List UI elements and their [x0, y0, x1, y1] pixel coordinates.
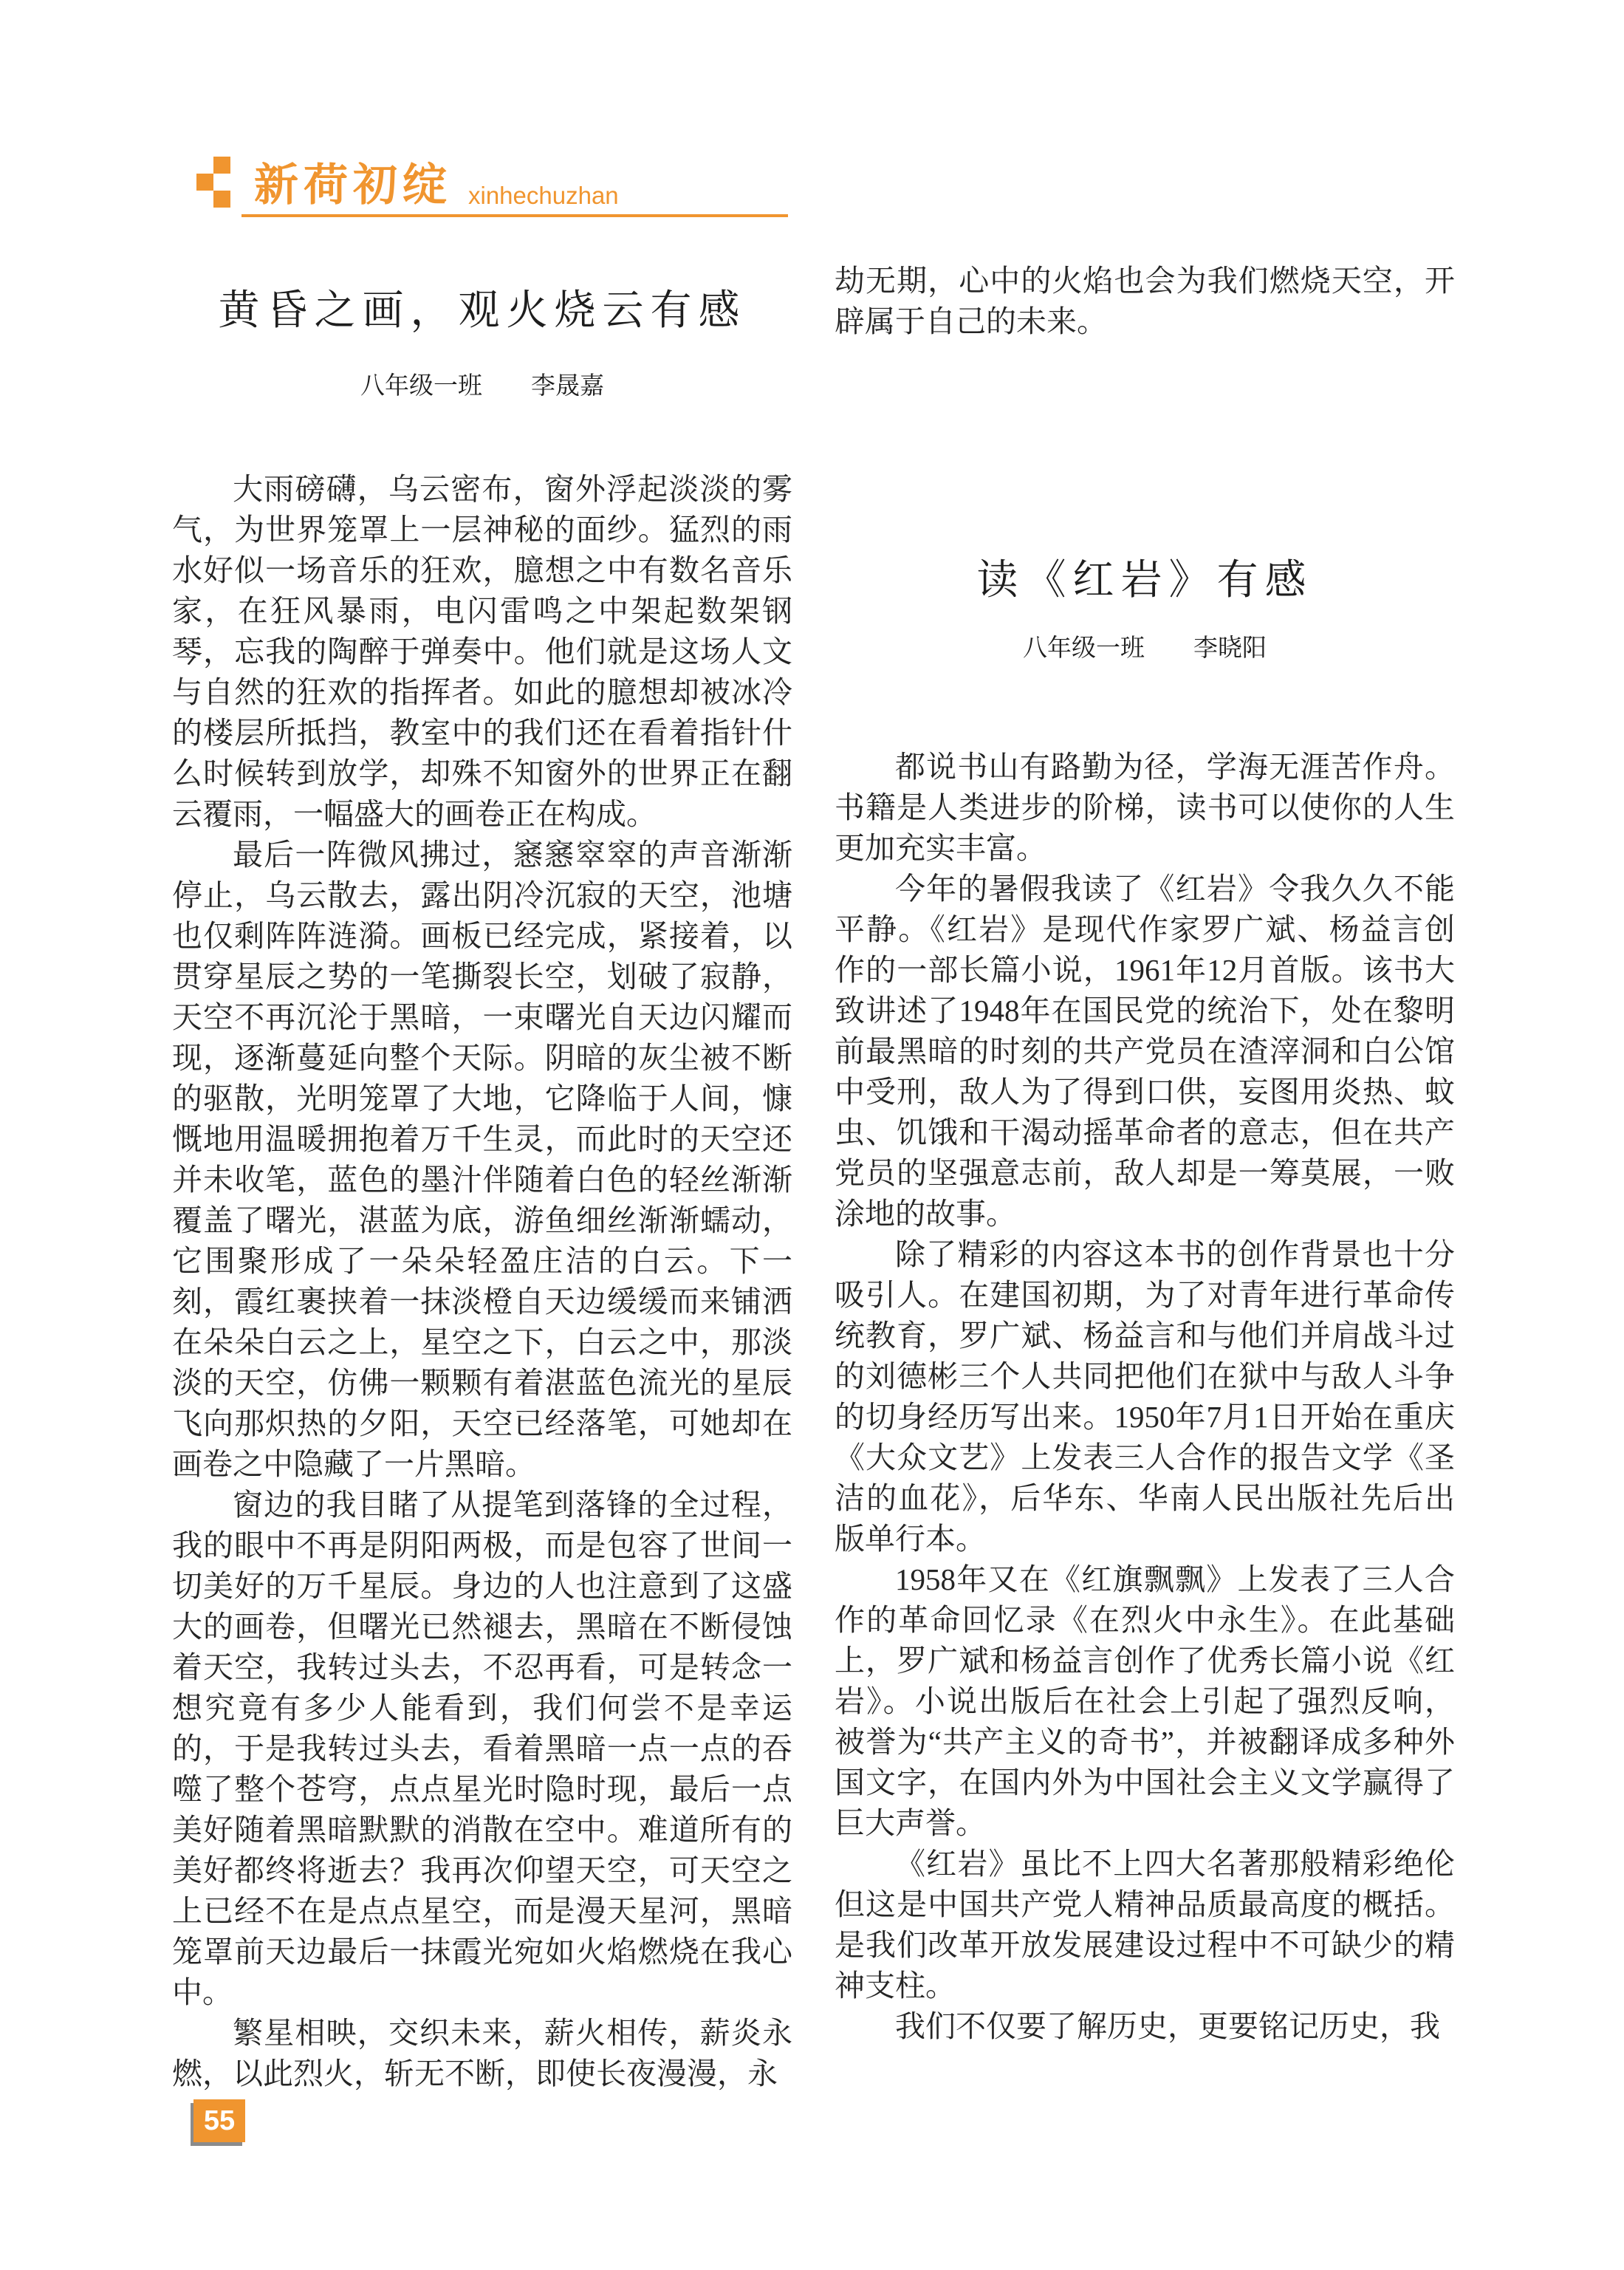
essay1-paragraph: 最后一阵微风拂过，窸窸窣窣的声音渐渐停止，乌云散去，露出阴冷沉寂的天空，池塘也仅…	[172, 835, 792, 1485]
essay2-byline: 八年级一班 李晓阳	[835, 634, 1455, 663]
essay1-title: 黄昏之画，观火烧云有感	[172, 287, 792, 335]
essay2-title: 读《红岩》有感	[835, 556, 1455, 605]
essay2-paragraph: 都说书山有路勤为径，学海无涯苦作舟。书籍是人类进步的阶梯，读书可以使你的人生更加…	[835, 747, 1455, 869]
essay2-paragraph: 我们不仅要了解历史，更要铭记历史，我	[835, 2006, 1455, 2047]
essay1-continuation: 劫无期，心中的火焰也会为我们燃烧天空，开辟属于自己的未来。	[835, 261, 1455, 342]
essay1-paragraph: 繁星相映，交织未来，薪火相传，薪炎永燃，以此烈火，斩无不断，即使长夜漫漫，永	[172, 2013, 792, 2094]
essay1-continuation-block: 劫无期，心中的火焰也会为我们燃烧天空，开辟属于自己的未来。	[835, 261, 1455, 342]
brand-square	[213, 191, 230, 208]
header-rule	[241, 214, 788, 217]
essay1-byline: 八年级一班 李晟嘉	[172, 372, 792, 401]
essay2-paragraph: 《红岩》虽比不上四大名著那般精彩绝伦但这是中国共产党人精神品质最高度的概括。是我…	[835, 1844, 1455, 2006]
brand-square	[196, 174, 213, 191]
essay2-paragraph: 1958年又在《红旗飘飘》上发表了三人合作的革命回忆录《在烈火中永生》。在此基础…	[835, 1559, 1455, 1844]
essay2-body: 都说书山有路勤为径，学海无涯苦作舟。书籍是人类进步的阶梯，读书可以使你的人生更加…	[835, 747, 1455, 2047]
essay1-body: 大雨磅礴，乌云密布，窗外浮起淡淡的雾气，为世界笼罩上一层神秘的面纱。猛烈的雨水好…	[172, 469, 792, 2094]
essay1-paragraph: 大雨磅礴，乌云密布，窗外浮起淡淡的雾气，为世界笼罩上一层神秘的面纱。猛烈的雨水好…	[172, 469, 792, 835]
page-number-badge: 55	[193, 2099, 245, 2142]
essay2-paragraph: 今年的暑假我读了《红岩》令我久久不能平静。《红岩》是现代作家罗广斌、杨益言创作的…	[835, 869, 1455, 1234]
essay1-paragraph: 窗边的我目睹了从提笔到落锋的全过程，我的眼中不再是阴阳两极，而是包容了世间一切美…	[172, 1485, 792, 2013]
section-brand-title: 新荷初绽	[254, 163, 452, 208]
essay2-paragraph: 除了精彩的内容这本书的创作背景也十分吸引人。在建国初期，为了对青年进行革命传统教…	[835, 1234, 1455, 1559]
brand-squares-icon	[196, 157, 230, 208]
magazine-page: 新荷初绽 xinhechuzhan 黄昏之画，观火烧云有感 八年级一班 李晟嘉 …	[0, 0, 1624, 2270]
brand-square	[213, 157, 230, 174]
section-brand-pinyin: xinhechuzhan	[468, 182, 619, 209]
